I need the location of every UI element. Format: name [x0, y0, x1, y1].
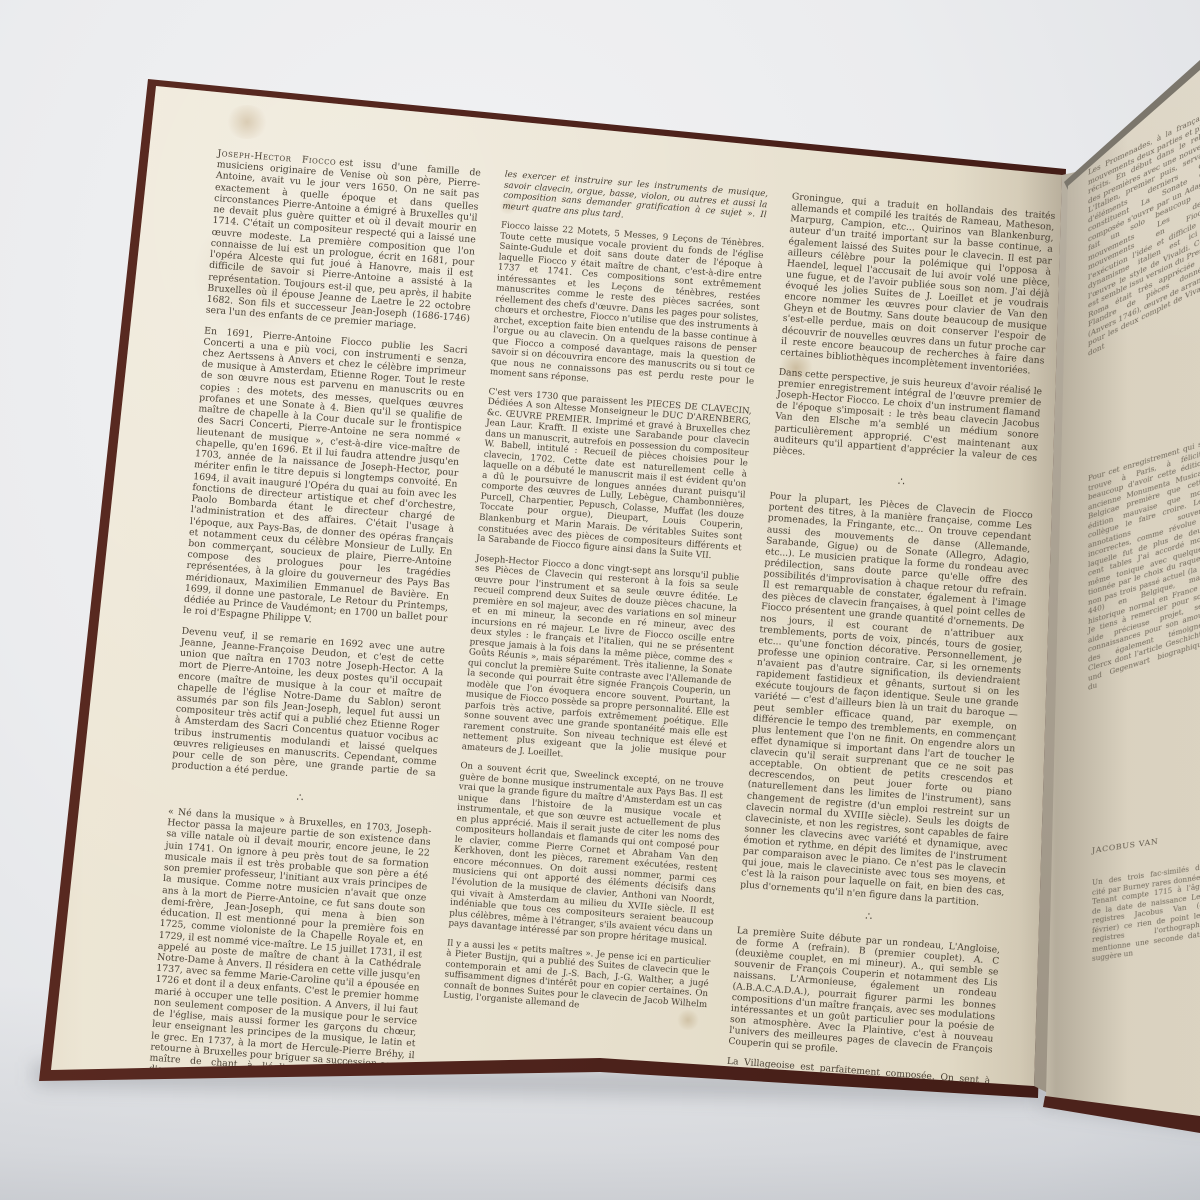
liner-notes-text: Joseph-Hector Fioccoest issu d'une famil…	[146, 148, 1058, 1169]
paragraph: En 1691, Pierre-Antoine Fiocco publie le…	[183, 325, 468, 636]
paragraph: Fiocco laisse 22 Motets, 5 Messes, 9 Leç…	[490, 221, 765, 398]
paragraph: C'est vers 1730 que paraissent les PIECE…	[477, 387, 752, 564]
paragraph: On a souvent écrit que, Sweelinck except…	[448, 761, 724, 949]
paragraph: La première Suite débute par un rondeau,…	[728, 925, 1000, 1067]
liner-notes-left-page: Joseph-Hector Fioccoest issu d'une famil…	[0, 0, 1200, 1200]
right-page-text-bottom: JACOBUS VAN Un des trois fac-similés de …	[1092, 830, 1200, 974]
paragraph-text: est issu d'une famille de musiciens orig…	[205, 157, 481, 331]
right-page-text-middle: Pour cet enregistrement qui se trouve à …	[1088, 438, 1200, 693]
paragraph: Devenu veuf, il se remarie en 1692 avec …	[171, 625, 445, 790]
text-column-2: les exercer et instruire sur les instrum…	[433, 170, 768, 1148]
paragraph: Un des trois fac-similés de cité par Bur…	[1092, 863, 1200, 964]
paragraph: Joseph-Hector Fiocco a donc vingt-sept a…	[461, 553, 739, 772]
paper-stain	[225, 105, 269, 139]
paragraph: Il y a aussi les « petits maîtres ». Je …	[443, 938, 711, 1021]
paragraph: Dans cette perspective, je suis heureux …	[773, 367, 1043, 476]
text-column-3: Groningue, qui a traduit en hollandais d…	[720, 191, 1055, 1169]
paragraph: Joseph-Hector Fioccoest issu d'une famil…	[205, 148, 481, 336]
paragraph: Pour la plupart, les Pièces de Clavecin …	[740, 491, 1033, 910]
right-page-heading: JACOBUS VAN	[1092, 830, 1200, 856]
paragraph: les exercer et instruire sur les instrum…	[502, 170, 768, 232]
record-sleeve-photo: Joseph-Hector Fioccoest issu d'une famil…	[0, 0, 1200, 1200]
paragraph: Groningue, qui a traduit en hollandais d…	[780, 191, 1056, 377]
